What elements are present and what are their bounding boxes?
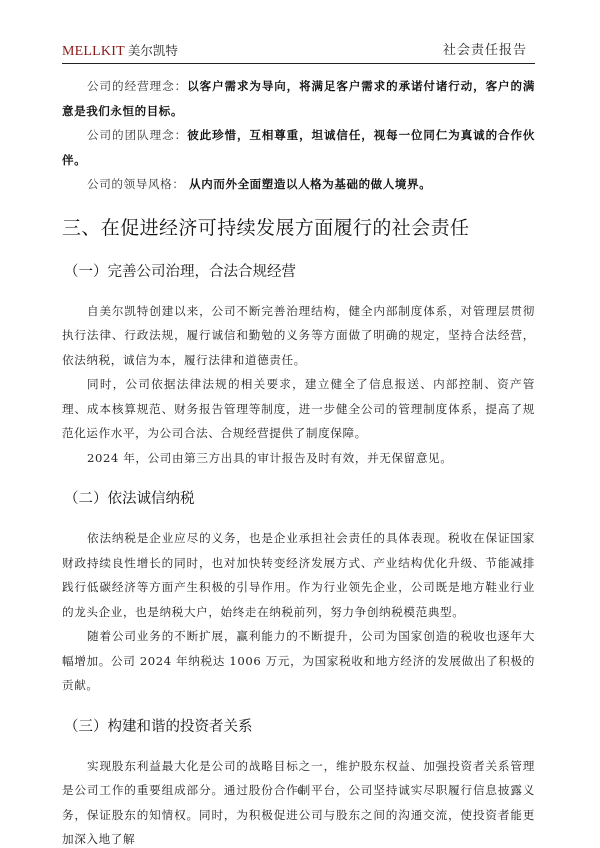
document-page: MELLKIT美尔凯特 社会责任报告 公司的经营理念：以客户需求为导向，将满足客… <box>0 0 600 848</box>
paragraph: 2024 年，公司由第三方出具的审计报告及时有效，并无保留意见。 <box>62 446 535 471</box>
team-label: 公司的团队理念： <box>87 128 187 142</box>
subsection-heading-governance: （一）完善公司治理，合法合规经营 <box>64 261 535 283</box>
subsection-heading-investor: （三）构建和谐的投资者关系 <box>64 716 535 738</box>
subsection-heading-tax: （二）依法诚信纳税 <box>64 488 535 510</box>
page-number: 6 <box>0 785 600 797</box>
philosophy-label: 公司的经营理念： <box>87 79 187 93</box>
philosophy-paragraph: 公司的经营理念：以客户需求为导向，将满足客户需求的承诺付诸行动，客户的满意是我们… <box>62 74 535 123</box>
brand-name-en: MELLKIT <box>62 44 125 59</box>
investor-body: 实现股东利益最大化是公司的战略目标之一，维护股东权益、加强投资者关系管理是公司工… <box>62 754 535 848</box>
page-header: MELLKIT美尔凯特 社会责任报告 <box>62 41 535 64</box>
paragraph: 自美尔凯特创建以来，公司不断完善治理结构，健全内部制度体系，对管理层贯彻执行法律… <box>62 299 535 373</box>
paragraph: 依法纳税是企业应尽的义务，也是企业承担社会责任的具体表现。税收在保证国家财政持续… <box>62 526 535 624</box>
page-content: 公司的经营理念：以客户需求为导向，将满足客户需求的承诺付诸行动，客户的满意是我们… <box>62 70 535 848</box>
brand-logo: MELLKIT美尔凯特 <box>62 41 178 62</box>
paragraph: 实现股东利益最大化是公司的战略目标之一，维护股东权益、加强投资者关系管理是公司工… <box>62 754 535 848</box>
governance-body: 自美尔凯特创建以来，公司不断完善治理结构，健全内部制度体系，对管理层贯彻执行法律… <box>62 299 535 471</box>
paragraph: 随着公司业务的不断扩展，赢利能力的不断提升，公司为国家创造的税收也逐年大幅增加。… <box>62 624 535 698</box>
report-title: 社会责任报告 <box>443 41 527 61</box>
tax-body: 依法纳税是企业应尽的义务，也是企业承担社会责任的具体表现。税收在保证国家财政持续… <box>62 526 535 698</box>
team-paragraph: 公司的团队理念：彼此珍惜，互相尊重，坦诚信任，视每一位同仁为真诚的合作伙伴。 <box>62 123 535 172</box>
leadership-label: 公司的领导风格： <box>87 177 185 191</box>
leadership-paragraph: 公司的领导风格： 从内而外全面塑造以人格为基础的做人境界。 <box>62 172 535 197</box>
leadership-text: 从内而外全面塑造以人格为基础的做人境界。 <box>185 177 432 191</box>
section-heading: 三、在促进经济可持续发展方面履行的社会责任 <box>62 215 535 241</box>
brand-name-cn: 美尔凯特 <box>128 43 178 58</box>
paragraph: 同时，公司依据法律法规的相关要求，建立健全了信息报送、内部控制、资产管理、成本核… <box>62 372 535 446</box>
